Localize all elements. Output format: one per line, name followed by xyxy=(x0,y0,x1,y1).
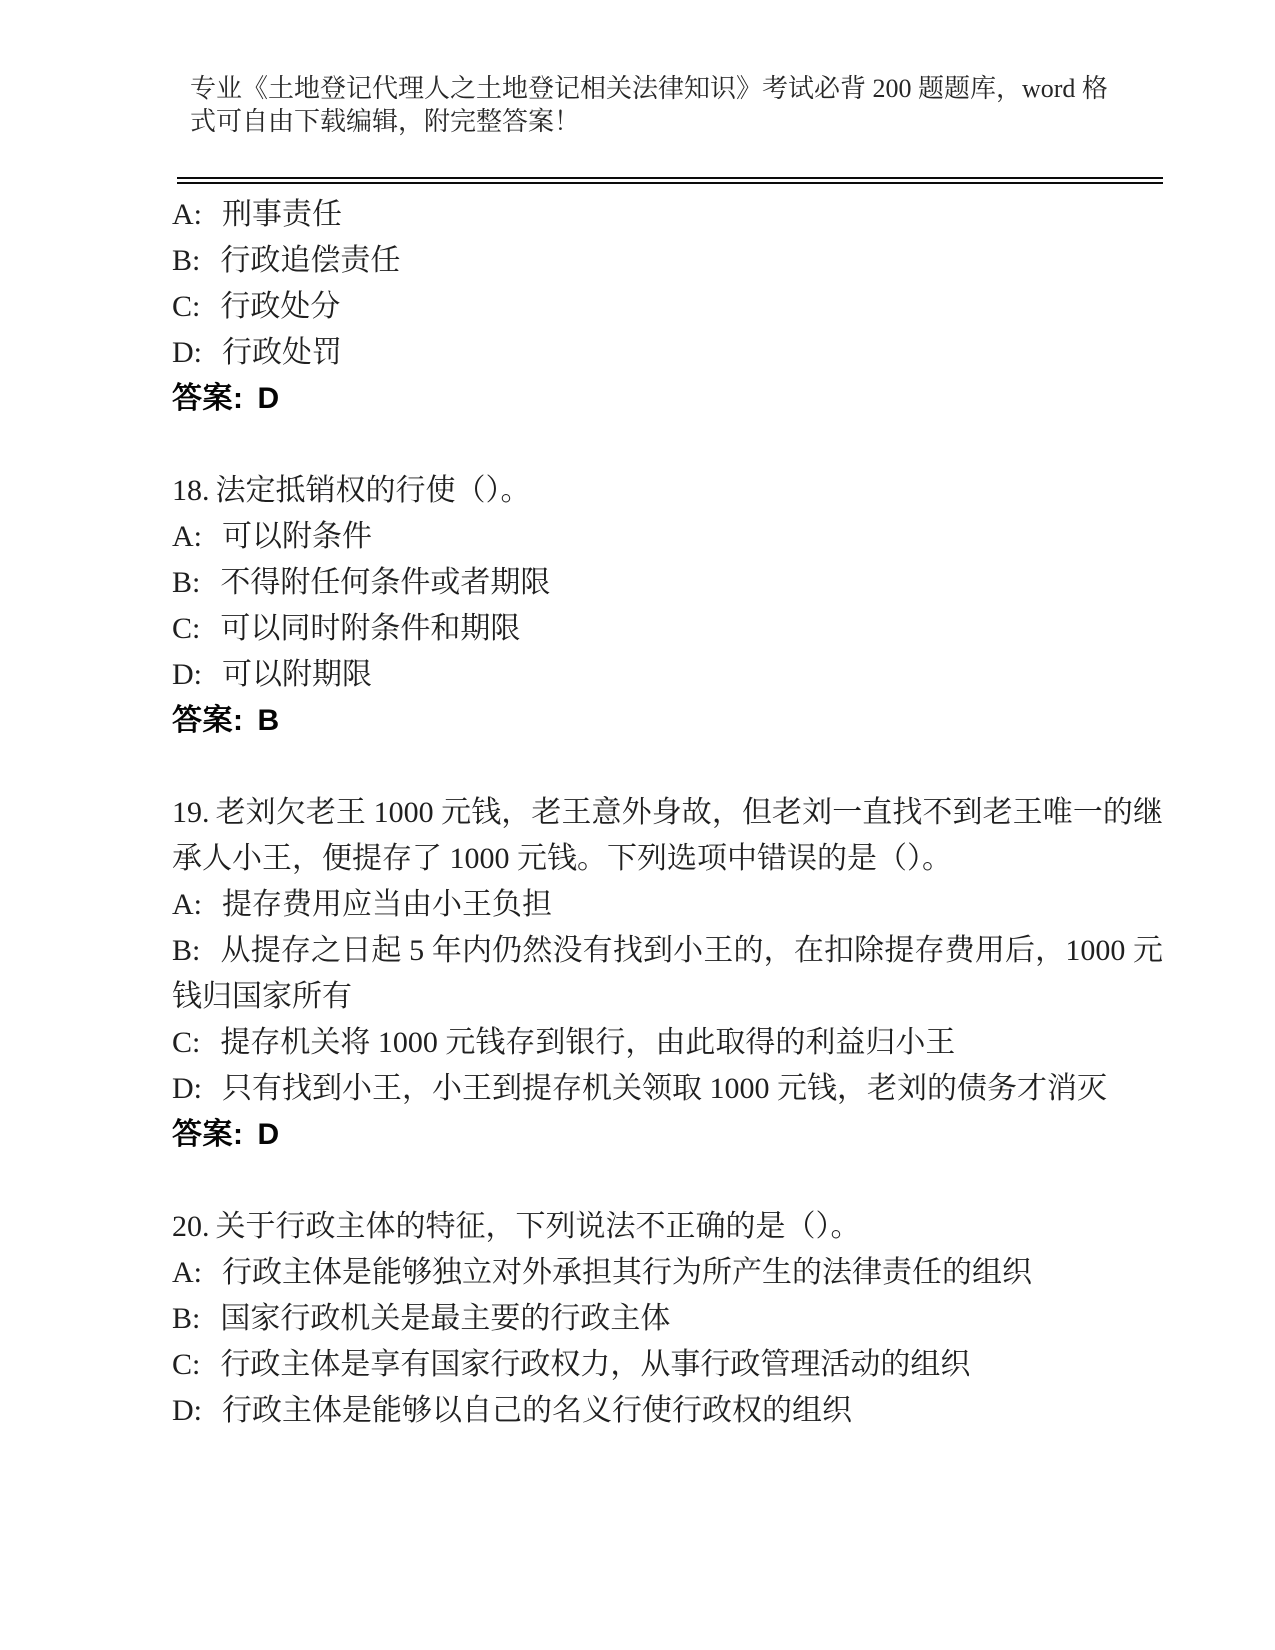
option-text: 行政追偿责任 xyxy=(220,244,400,277)
answer-row: 答案:D xyxy=(172,376,1163,422)
answer-value: D xyxy=(258,382,280,415)
option-row: D:行政主体是能够以自己的名义行使行政权的组织 xyxy=(172,1388,1163,1434)
option-text: 行政主体是能够以自己的名义行使行政权的组织 xyxy=(222,1394,852,1427)
option-row: C:提存机关将 1000 元钱存到银行，由此取得的利益归小王 xyxy=(172,1020,1163,1066)
question-18-block: 18.法定抵销权的行使（）。 A:可以附条件 B:不得附任何条件或者期限 C:可… xyxy=(172,468,1163,744)
question-text: 关于行政主体的特征，下列说法不正确的是（）。 xyxy=(216,1210,861,1243)
header-text-line-2: 式可自由下载编辑，附完整答案！ xyxy=(190,105,1180,138)
option-text: 提存费用应当由小王负担 xyxy=(222,888,552,921)
document-page: 专业《土地登记代理人之土地登记相关法律知识》考试必背 200 题题库，word … xyxy=(0,0,1275,1650)
answer-row: 答案:B xyxy=(172,698,1163,744)
option-label: C: xyxy=(172,1026,220,1059)
document-body: A:刑事责任 B:行政追偿责任 C:行政处分 D:行政处罚 答案:D 18.法定… xyxy=(172,192,1163,1434)
page-header: 专业《土地登记代理人之土地登记相关法律知识》考试必背 200 题题库，word … xyxy=(190,72,1180,138)
answer-label: 答案: xyxy=(172,1118,258,1151)
option-label: D: xyxy=(172,1072,222,1105)
option-row: D:行政处罚 xyxy=(172,330,1163,376)
option-row: D:可以附期限 xyxy=(172,652,1163,698)
option-row: C:可以同时附条件和期限 xyxy=(172,606,1163,652)
option-label: A: xyxy=(172,1256,222,1289)
option-row: B:国家行政机关是最主要的行政主体 xyxy=(172,1296,1163,1342)
option-row: B:从提存之日起 5 年内仍然没有找到小王的，在扣除提存费用后，1000 元钱归… xyxy=(172,928,1163,1020)
question-number: 19. xyxy=(172,796,216,829)
option-text: 行政处罚 xyxy=(222,336,342,369)
option-row: B:行政追偿责任 xyxy=(172,238,1163,284)
option-label: D: xyxy=(172,1394,222,1427)
option-label: A: xyxy=(172,520,222,553)
option-text: 提存机关将 1000 元钱存到银行，由此取得的利益归小王 xyxy=(220,1026,955,1059)
option-label: B: xyxy=(172,1302,220,1335)
option-row: B:不得附任何条件或者期限 xyxy=(172,560,1163,606)
answer-label: 答案: xyxy=(172,382,258,415)
option-row: D:只有找到小王，小王到提存机关领取 1000 元钱，老刘的债务才消灭 xyxy=(172,1066,1163,1112)
option-label: D: xyxy=(172,336,222,369)
question-17-block: A:刑事责任 B:行政追偿责任 C:行政处分 D:行政处罚 答案:D xyxy=(172,192,1163,422)
option-label: B: xyxy=(172,244,220,277)
answer-value: D xyxy=(258,1118,280,1151)
option-text: 可以附期限 xyxy=(222,658,372,691)
header-divider-double-rule xyxy=(177,177,1163,184)
option-label: C: xyxy=(172,1348,220,1381)
option-label: C: xyxy=(172,290,220,323)
option-label: A: xyxy=(172,888,222,921)
question-number: 18. xyxy=(172,474,216,507)
option-row: A:可以附条件 xyxy=(172,514,1163,560)
option-text: 行政主体是享有国家行政权力，从事行政管理活动的组织 xyxy=(220,1348,970,1381)
option-row: C:行政主体是享有国家行政权力，从事行政管理活动的组织 xyxy=(172,1342,1163,1388)
option-text: 行政主体是能够独立对外承担其行为所产生的法律责任的组织 xyxy=(222,1256,1032,1289)
option-text: 可以附条件 xyxy=(222,520,372,553)
option-label: B: xyxy=(172,566,220,599)
question-19-block: 19.老刘欠老王 1000 元钱，老王意外身故，但老刘一直找不到老王唯一的继承人… xyxy=(172,790,1163,1158)
question-title: 18.法定抵销权的行使（）。 xyxy=(172,468,1163,514)
option-row: A:提存费用应当由小王负担 xyxy=(172,882,1163,928)
option-label: C: xyxy=(172,612,220,645)
option-row: C:行政处分 xyxy=(172,284,1163,330)
option-label: D: xyxy=(172,658,222,691)
answer-label: 答案: xyxy=(172,704,258,737)
question-title: 20.关于行政主体的特征，下列说法不正确的是（）。 xyxy=(172,1204,1163,1250)
option-row: A:行政主体是能够独立对外承担其行为所产生的法律责任的组织 xyxy=(172,1250,1163,1296)
question-title: 19.老刘欠老王 1000 元钱，老王意外身故，但老刘一直找不到老王唯一的继承人… xyxy=(172,790,1163,882)
option-text: 可以同时附条件和期限 xyxy=(220,612,520,645)
option-row: A:刑事责任 xyxy=(172,192,1163,238)
option-label: B: xyxy=(172,934,220,967)
answer-value: B xyxy=(258,704,280,737)
option-text: 只有找到小王，小王到提存机关领取 1000 元钱，老刘的债务才消灭 xyxy=(222,1072,1107,1105)
answer-row: 答案:D xyxy=(172,1112,1163,1158)
option-text: 行政处分 xyxy=(220,290,340,323)
option-text: 国家行政机关是最主要的行政主体 xyxy=(220,1302,670,1335)
header-text-line-1: 专业《土地登记代理人之土地登记相关法律知识》考试必背 200 题题库，word … xyxy=(190,72,1180,105)
option-label: A: xyxy=(172,198,222,231)
question-text: 老刘欠老王 1000 元钱，老王意外身故，但老刘一直找不到老王唯一的继承人小王，… xyxy=(172,796,1163,875)
option-text: 不得附任何条件或者期限 xyxy=(220,566,550,599)
question-number: 20. xyxy=(172,1210,216,1243)
option-text: 从提存之日起 5 年内仍然没有找到小王的，在扣除提存费用后，1000 元钱归国家… xyxy=(172,934,1163,1013)
option-text: 刑事责任 xyxy=(222,198,342,231)
question-text: 法定抵销权的行使（）。 xyxy=(216,474,531,507)
question-20-block: 20.关于行政主体的特征，下列说法不正确的是（）。 A:行政主体是能够独立对外承… xyxy=(172,1204,1163,1434)
